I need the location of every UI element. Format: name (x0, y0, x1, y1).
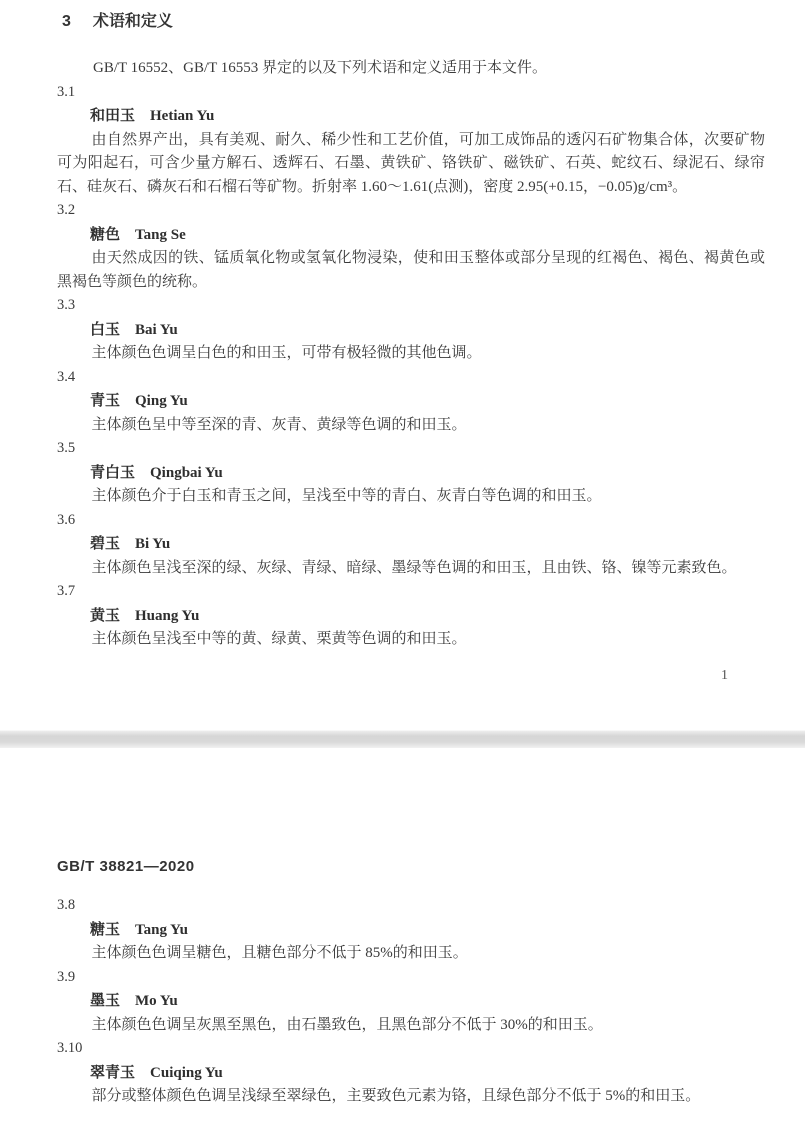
term-name-en: Cuiqing Yu (150, 1065, 223, 1081)
term-name-en: Qingbai Yu (150, 465, 223, 481)
document-page-2: GB/T 38821—2020 3.8 糖玉Tang Yu 主体颜色色调呈糖色，… (0, 748, 805, 1123)
document-viewer: 3术语和定义 GB/T 16552、GB/T 16553 界定的以及下列术语和定… (0, 0, 805, 1123)
term-number: 3.6 (57, 509, 765, 533)
term-number: 3.10 (57, 1037, 765, 1061)
term-number: 3.8 (57, 894, 765, 918)
term-name-zh: 白玉 (90, 321, 120, 338)
term-name: 翠青玉Cuiqing Yu (90, 1061, 765, 1086)
term-item-3-10: 3.10 翠青玉Cuiqing Yu 部分或整体颜色色调呈浅绿至翠绿色，主要致色… (57, 1037, 765, 1109)
term-name-en: Tang Se (135, 227, 186, 243)
term-name-zh: 青玉 (90, 392, 120, 409)
term-name-zh: 糖色 (90, 226, 120, 243)
term-number: 3.2 (57, 199, 765, 223)
term-name-zh: 和田玉 (90, 107, 135, 124)
term-number: 3.1 (57, 81, 765, 105)
term-item-3-8: 3.8 糖玉Tang Yu 主体颜色色调呈糖色，且糖色部分不低于 85%的和田玉… (57, 894, 765, 966)
page-footer: 1 (57, 666, 765, 684)
term-item-3-1: 3.1 和田玉Hetian Yu 由自然界产出，具有美观、耐久、稀少性和工艺价值… (57, 81, 765, 200)
standard-code-header: GB/T 38821—2020 (57, 856, 765, 878)
term-name: 青玉Qing Yu (90, 389, 765, 414)
term-name-en: Bai Yu (135, 322, 178, 338)
document-page-1: 3术语和定义 GB/T 16552、GB/T 16553 界定的以及下列术语和定… (0, 0, 805, 730)
term-name: 黄玉Huang Yu (90, 604, 765, 629)
term-number: 3.7 (57, 580, 765, 604)
term-definition: 部分或整体颜色色调呈浅绿至翠绿色，主要致色元素为铬，且绿色部分不低于 5%的和田… (57, 1085, 765, 1109)
section-heading-number: 3 (62, 10, 71, 34)
term-name-en: Huang Yu (135, 608, 199, 624)
term-name: 白玉Bai Yu (90, 318, 765, 343)
term-name-zh: 翠青玉 (90, 1064, 135, 1081)
term-definition: 主体颜色呈浅至深的绿、灰绿、青绿、暗绿、墨绿等色调的和田玉，且由铁、铬、镍等元素… (57, 557, 765, 581)
page-number: 1 (721, 668, 728, 683)
term-name: 糖玉Tang Yu (90, 918, 765, 943)
term-name: 碧玉Bi Yu (90, 532, 765, 557)
term-item-3-3: 3.3 白玉Bai Yu 主体颜色色调呈白色的和田玉，可带有极轻微的其他色调。 (57, 294, 765, 366)
term-item-3-2: 3.2 糖色Tang Se 由天然成因的铁、锰质氧化物或氢氧化物浸染，使和田玉整… (57, 199, 765, 294)
term-definition: 主体颜色介于白玉和青玉之间，呈浅至中等的青白、灰青白等色调的和田玉。 (57, 485, 765, 509)
term-definition: 主体颜色色调呈灰黑至黑色，由石墨致色，且黑色部分不低于 30%的和田玉。 (57, 1014, 765, 1038)
term-definition: 主体颜色呈浅至中等的黄、绿黄、栗黄等色调的和田玉。 (57, 628, 765, 652)
term-name-zh: 青白玉 (90, 464, 135, 481)
term-item-3-7: 3.7 黄玉Huang Yu 主体颜色呈浅至中等的黄、绿黄、栗黄等色调的和田玉。 (57, 580, 765, 652)
term-item-3-6: 3.6 碧玉Bi Yu 主体颜色呈浅至深的绿、灰绿、青绿、暗绿、墨绿等色调的和田… (57, 509, 765, 581)
term-name-en: Hetian Yu (150, 108, 214, 124)
term-name-zh: 墨玉 (90, 992, 120, 1009)
section-heading-title: 术语和定义 (93, 13, 173, 30)
page-separator (0, 730, 805, 748)
term-name: 糖色Tang Se (90, 223, 765, 248)
term-name-en: Qing Yu (135, 393, 188, 409)
term-number: 3.4 (57, 366, 765, 390)
term-definition: 主体颜色呈中等至深的青、灰青、黄绿等色调的和田玉。 (57, 414, 765, 438)
section-heading: 3术语和定义 (62, 10, 765, 34)
intro-paragraph: GB/T 16552、GB/T 16553 界定的以及下列术语和定义适用于本文件… (57, 57, 765, 81)
term-name-zh: 黄玉 (90, 607, 120, 624)
term-item-3-9: 3.9 墨玉Mo Yu 主体颜色色调呈灰黑至黑色，由石墨致色，且黑色部分不低于 … (57, 966, 765, 1038)
term-number: 3.5 (57, 437, 765, 461)
term-number: 3.9 (57, 966, 765, 990)
term-name-zh: 碧玉 (90, 535, 120, 552)
term-definition: 主体颜色色调呈糖色，且糖色部分不低于 85%的和田玉。 (57, 942, 765, 966)
term-name: 和田玉Hetian Yu (90, 104, 765, 129)
term-definition: 由自然界产出，具有美观、耐久、稀少性和工艺价值，可加工成饰品的透闪石矿物集合体，… (57, 129, 765, 200)
term-name-en: Mo Yu (135, 993, 178, 1009)
term-item-3-5: 3.5 青白玉Qingbai Yu 主体颜色介于白玉和青玉之间，呈浅至中等的青白… (57, 437, 765, 509)
term-name: 墨玉Mo Yu (90, 989, 765, 1014)
term-name: 青白玉Qingbai Yu (90, 461, 765, 486)
term-number: 3.3 (57, 294, 765, 318)
term-item-3-4: 3.4 青玉Qing Yu 主体颜色呈中等至深的青、灰青、黄绿等色调的和田玉。 (57, 366, 765, 438)
term-name-zh: 糖玉 (90, 921, 120, 938)
term-definition: 主体颜色色调呈白色的和田玉，可带有极轻微的其他色调。 (57, 342, 765, 366)
term-definition: 由天然成因的铁、锰质氧化物或氢氧化物浸染，使和田玉整体或部分呈现的红褐色、褐色、… (57, 247, 765, 294)
term-name-en: Tang Yu (135, 922, 188, 938)
term-name-en: Bi Yu (135, 536, 170, 552)
